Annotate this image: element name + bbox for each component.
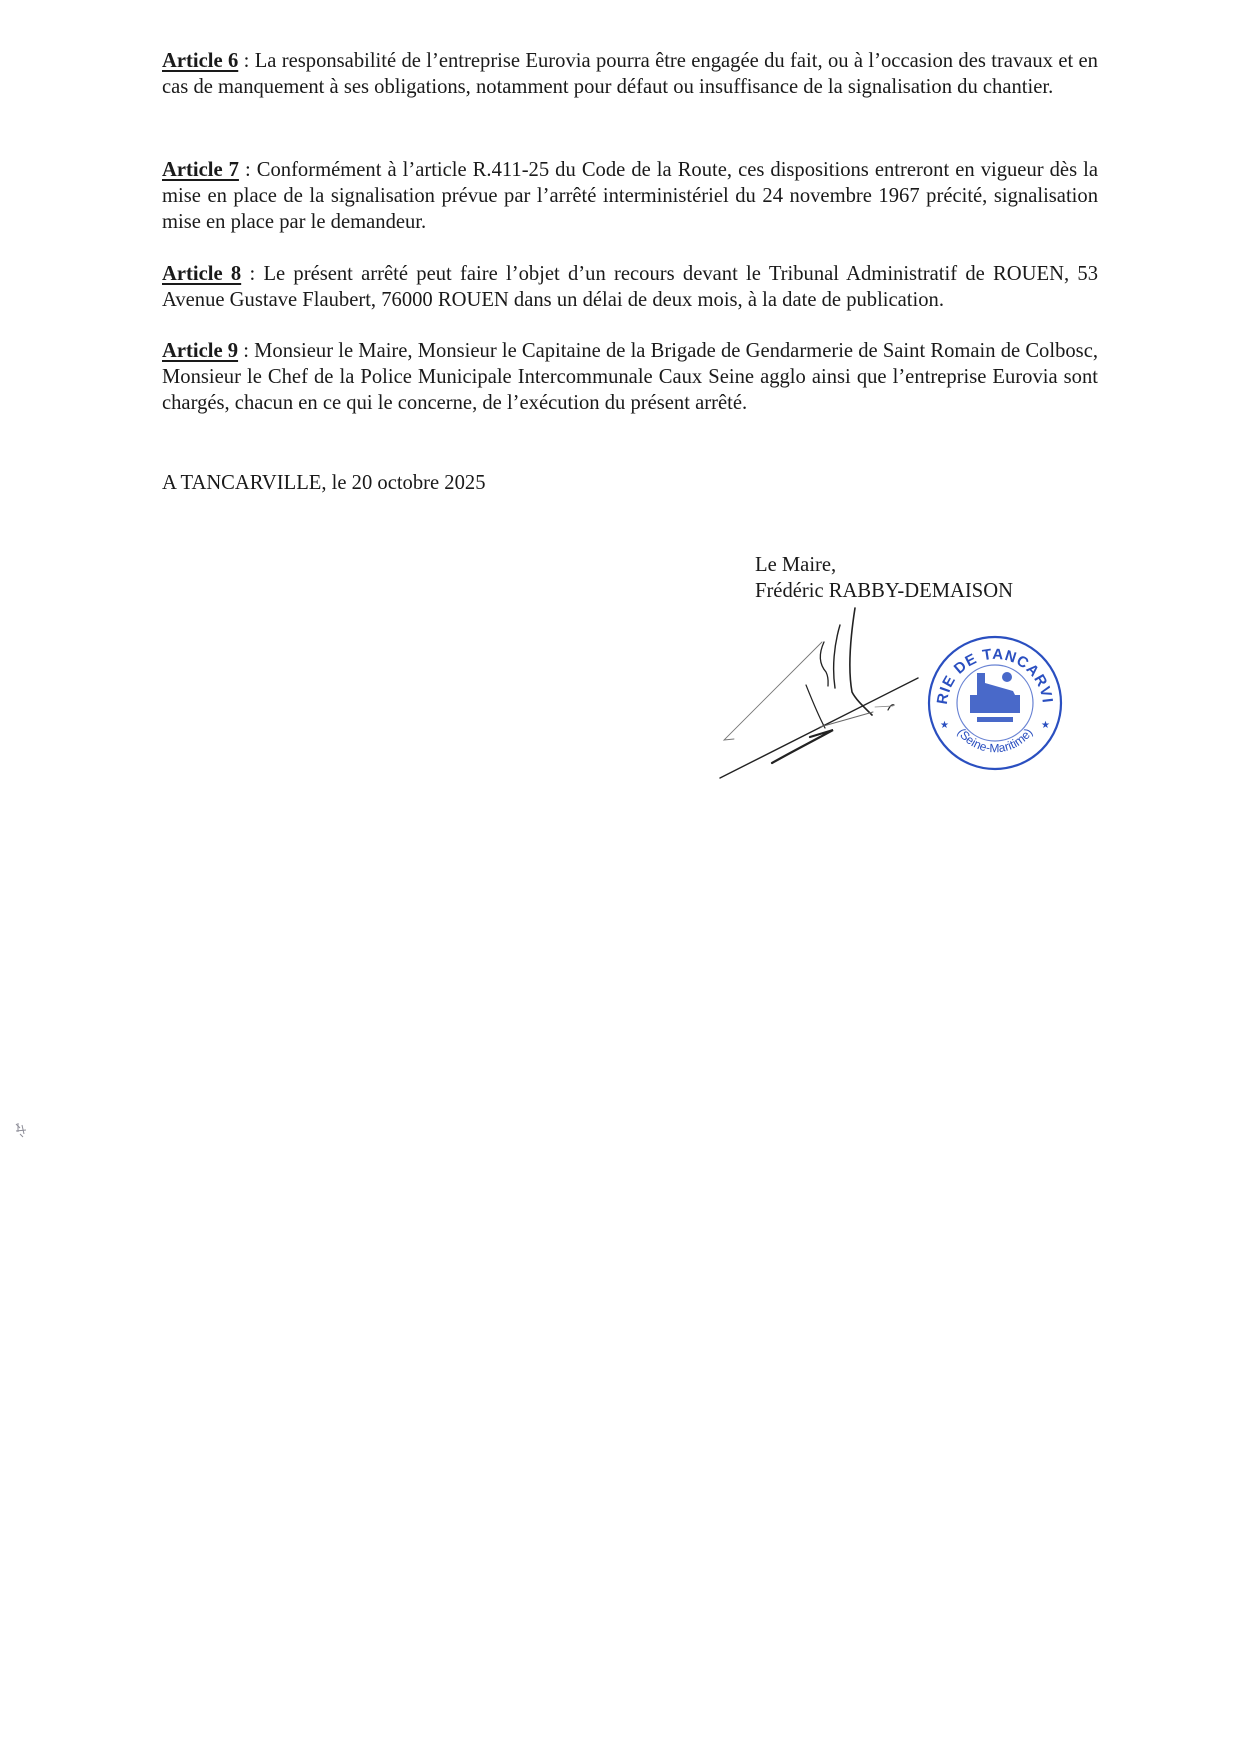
- official-stamp: MAIRIE DE TANCARVILLE (Seine-Maritime) ★…: [925, 633, 1065, 773]
- article-9: Article 9 : Monsieur le Maire, Monsieur …: [162, 338, 1098, 416]
- article-8: Article 8 : Le présent arrêté peut faire…: [162, 261, 1098, 313]
- article-7-text: Conformément à l’article R.411-25 du Cod…: [162, 159, 1098, 233]
- svg-text:★: ★: [1041, 720, 1050, 731]
- article-8-text: Le présent arrêté peut faire l’objet d’u…: [162, 263, 1098, 311]
- article-6-text: La responsabilité de l’entreprise Eurovi…: [162, 50, 1098, 98]
- signatory-title: Le Maire,: [755, 552, 1013, 578]
- article-7-label: Article 7: [162, 159, 239, 181]
- article-9-label: Article 9: [162, 340, 238, 362]
- signatory-block: Le Maire, Frédéric RABBY-DEMAISON: [755, 552, 1013, 604]
- article-9-text: Monsieur le Maire, Monsieur le Capitaine…: [162, 340, 1098, 414]
- scan-artifact: [14, 1122, 28, 1138]
- article-7: Article 7 : Conformément à l’article R.4…: [162, 157, 1098, 235]
- article-6-label: Article 6: [162, 50, 238, 72]
- svg-text:★: ★: [940, 720, 949, 731]
- article-6: Article 6 : La responsabilité de l’entre…: [162, 48, 1098, 100]
- handwritten-signature: [700, 600, 930, 785]
- place-and-date: A TANCARVILLE, le 20 octobre 2025: [162, 472, 486, 495]
- article-8-label: Article 8: [162, 263, 241, 285]
- church-emblem-icon: [970, 672, 1020, 722]
